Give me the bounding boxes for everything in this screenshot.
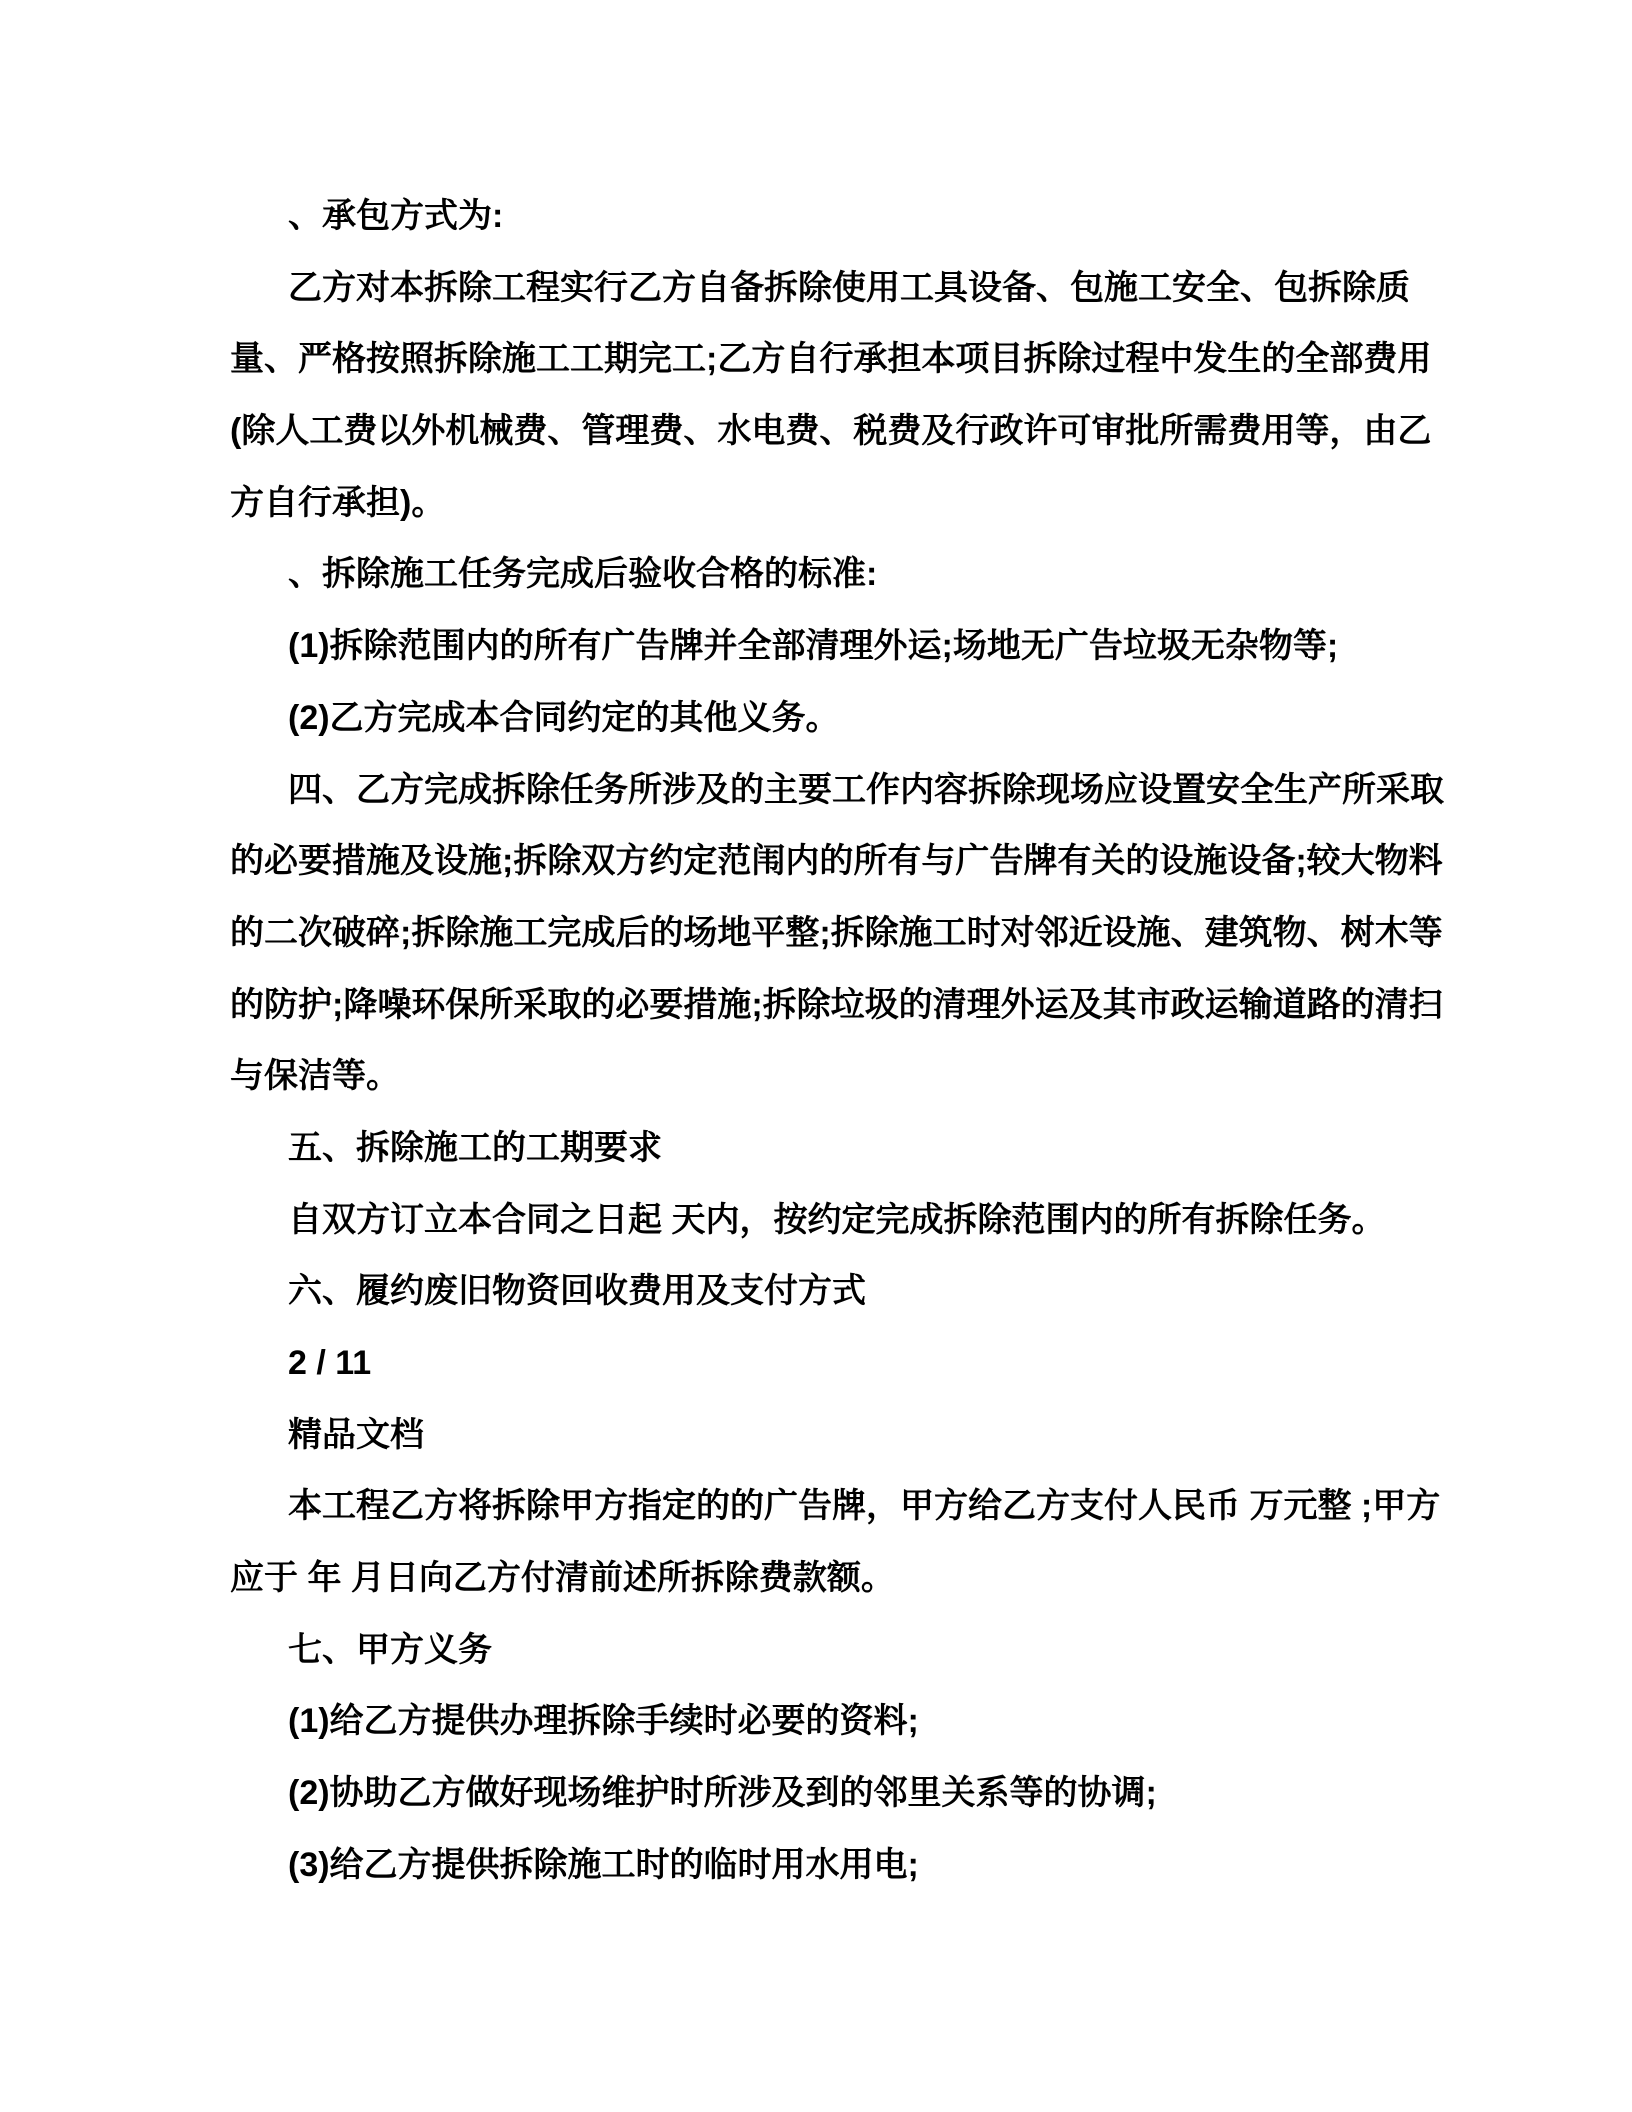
contract-line-section-7-heading: 七、甲方义务 — [230, 1615, 1402, 1687]
document-page: 、承包方式为: 乙方对本拆除工程实行乙方自备拆除使用工具设备、包施工安全、包拆除… — [0, 0, 1632, 2112]
page-number: 2 / 11 — [230, 1328, 1402, 1400]
contract-line: 本工程乙方将拆除甲方指定的的广告牌，甲方给乙方支付人民币 万元整 ;甲方 — [230, 1471, 1402, 1543]
contract-line: (除人工费以外机械费、管理费、水电费、税费及行政许可审批所需费用等，由乙 — [230, 396, 1402, 468]
contract-line: 方自行承担)。 — [230, 468, 1402, 540]
contract-line: 量、严格按照拆除施工工期完工;乙方自行承担本项目拆除过程中发生的全部费用 — [230, 324, 1402, 396]
contract-line: 的二次破碎;拆除施工完成后的场地平整;拆除施工时对邻近设施、建筑物、树木等 — [230, 898, 1402, 970]
contract-line: 与保洁等。 — [230, 1041, 1402, 1113]
contract-line: 自双方订立本合同之日起 天内，按约定完成拆除范围内的所有拆除任务。 — [230, 1185, 1402, 1257]
contract-line-contract-method-heading: 、承包方式为: — [230, 181, 1402, 253]
contract-line-item-2: (2)协助乙方做好现场维护时所涉及到的邻里关系等的协调; — [230, 1758, 1402, 1830]
contract-line-item-1: (1)给乙方提供办理拆除手续时必要的资料; — [230, 1686, 1402, 1758]
contract-line: 乙方对本拆除工程实行乙方自备拆除使用工具设备、包施工安全、包拆除质 — [230, 253, 1402, 325]
watermark-text: 精品文档 — [230, 1400, 1402, 1472]
contract-line-item-1: (1)拆除范围内的所有广告牌并全部清理外运;场地无广告垃圾无杂物等; — [230, 611, 1402, 683]
contract-line-item-3: (3)给乙方提供拆除施工时的临时用水用电; — [230, 1830, 1402, 1902]
contract-line: 应于 年 月日向乙方付清前述所拆除费款额。 — [230, 1543, 1402, 1615]
contract-line-acceptance-heading: 、拆除施工任务完成后验收合格的标准: — [230, 539, 1402, 611]
contract-line: 的必要措施及设施;拆除双方约定范闱内的所有与广告牌有关的设施设备;较大物料 — [230, 826, 1402, 898]
contract-line-item-2: (2)乙方完成本合同约定的其他义务。 — [230, 683, 1402, 755]
contract-line-section-5-heading: 五、拆除施工的工期要求 — [230, 1113, 1402, 1185]
contract-line: 的防护;降噪环保所采取的必要措施;拆除垃圾的清理外运及其市政运输道路的清扫 — [230, 970, 1402, 1042]
contract-line-section-6-heading: 六、履约废旧物资回收费用及支付方式 — [230, 1256, 1402, 1328]
contract-line-section-4-heading: 四、乙方完成拆除任务所涉及的主要工作内容拆除现场应设置安全生产所采取 — [230, 755, 1402, 827]
